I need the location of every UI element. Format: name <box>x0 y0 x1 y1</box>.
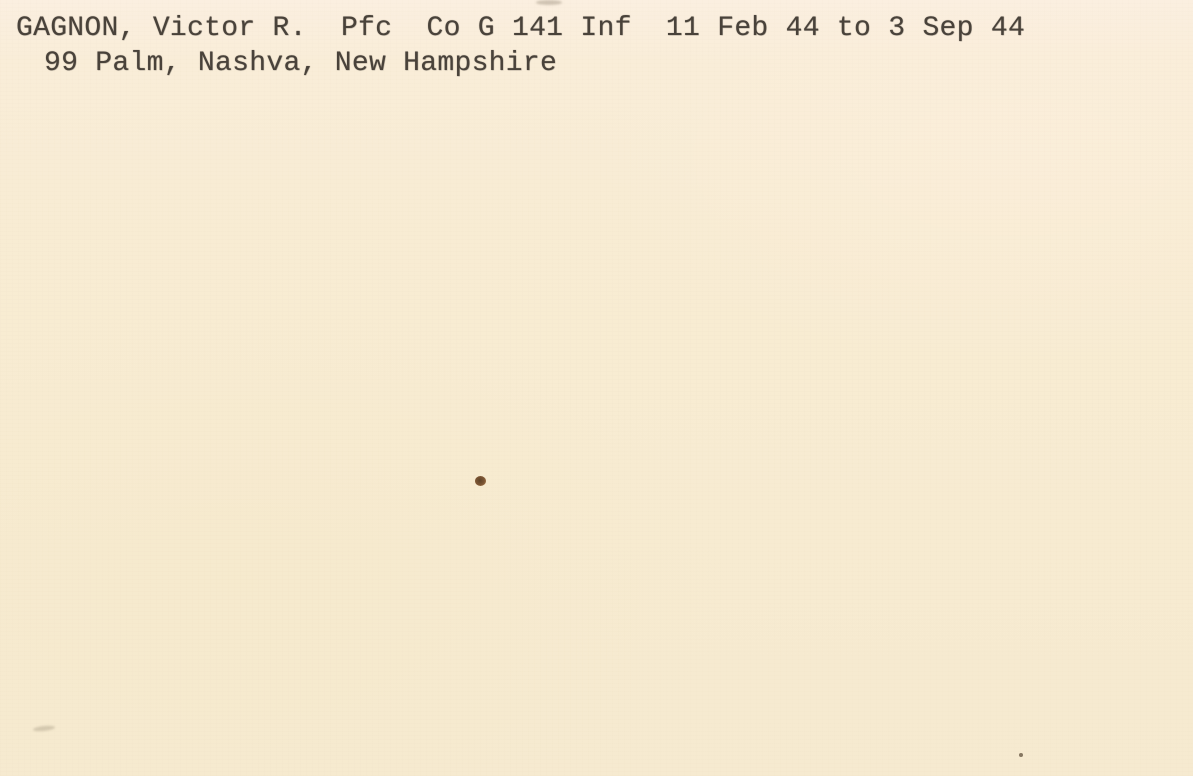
bottom-left-smudge <box>33 725 55 732</box>
paper-grain-texture <box>0 0 1193 776</box>
typed-text-block: GAGNON, Victor R. Pfc Co G 141 Inf 11 Fe… <box>16 11 1025 81</box>
center-paper-speck <box>475 476 486 486</box>
address-line: 99 Palm, Nashva, New Hampshire <box>44 46 1025 81</box>
bottom-right-speck <box>1019 753 1023 757</box>
top-edge-smudge <box>536 0 562 5</box>
scanned-index-card: GAGNON, Victor R. Pfc Co G 141 Inf 11 Fe… <box>0 0 1193 776</box>
service-record-line: GAGNON, Victor R. Pfc Co G 141 Inf 11 Fe… <box>16 11 1025 46</box>
